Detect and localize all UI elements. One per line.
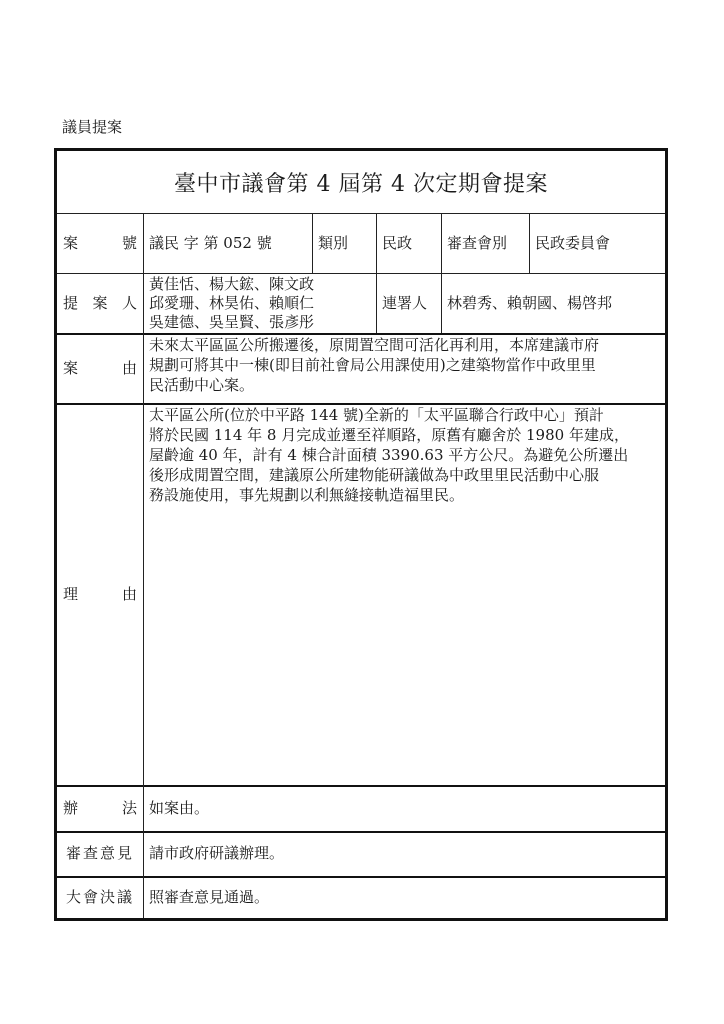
proposer-line: 黃佳恬、楊大鋐、陳文政 xyxy=(149,275,372,294)
resolution-value: 照審查意見通過。 xyxy=(143,876,665,918)
label-char: 人 xyxy=(122,294,137,313)
category-label: 類別 xyxy=(312,213,376,273)
proposal-form-table: 臺中市議會第 4 屆第 4 次定期會提案 案 號 議民 字 第 052 號 類別… xyxy=(54,148,668,921)
text-line: 將於民國 114 年 8 月完成並遷至祥順路，原舊有廳舍於 1980 年建成， xyxy=(149,425,661,445)
label-char: 由 xyxy=(122,585,137,604)
proposer-line: 邱愛珊、林昊佑、賴順仁 xyxy=(149,294,372,313)
summary-label: 案 由 xyxy=(57,333,143,403)
text-line: 屋齡逾 40 年，計有 4 棟合計面積 3390.63 平方公尺。為避免公所遷出 xyxy=(149,445,661,465)
form-title: 臺中市議會第 4 屆第 4 次定期會提案 xyxy=(57,151,665,214)
label-char: 由 xyxy=(122,359,137,378)
text-line: 後形成閒置空間，建議原公所建物能研議做為中政里里民活動中心服 xyxy=(149,465,661,485)
label-char: 理 xyxy=(63,585,78,604)
rationale-text: 太平區公所(位於中平路 144 號)全新的「太平區聯合行政中心」預計 將於民國 … xyxy=(143,403,665,785)
text-line: 未來太平區區公所搬遷後，原閒置空間可活化再利用，本席建議市府 xyxy=(149,335,661,355)
label-char: 辦 xyxy=(63,799,78,818)
summary-text: 未來太平區區公所搬遷後，原閒置空間可活化再利用，本席建議市府 規劃可將其中一棟(… xyxy=(143,333,665,403)
case-number-label: 案 號 xyxy=(57,213,143,273)
category-value: 民政 xyxy=(376,213,441,273)
label-char: 案 xyxy=(63,234,78,253)
review-value: 請市政府研議辦理。 xyxy=(143,831,665,876)
text-line: 民活動中心案。 xyxy=(149,375,661,395)
document-label: 議員提案 xyxy=(62,116,122,137)
text-line: 太平區公所(位於中平路 144 號)全新的「太平區聯合行政中心」預計 xyxy=(149,405,661,425)
method-value: 如案由。 xyxy=(143,785,665,831)
case-number-value: 議民 字 第 052 號 xyxy=(143,213,312,273)
rationale-label: 理 由 xyxy=(57,403,143,785)
label-char: 案 xyxy=(63,359,78,378)
cosigner-label: 連署人 xyxy=(376,273,441,333)
review-label: 審查意見 xyxy=(57,831,143,876)
resolution-label: 大會決議 xyxy=(57,876,143,918)
proposer-label: 提 案 人 xyxy=(57,273,143,333)
method-label: 辦 法 xyxy=(57,785,143,831)
label-char: 提 xyxy=(63,294,78,313)
label-char: 號 xyxy=(122,234,137,253)
text-line: 規劃可將其中一棟(即目前社會局公用課使用)之建築物當作中政里里 xyxy=(149,355,661,375)
proposer-line: 吳建德、吳呈賢、張彥彤 xyxy=(149,313,372,332)
label-char: 法 xyxy=(122,799,137,818)
committee-label: 審查會別 xyxy=(441,213,529,273)
committee-value: 民政委員會 xyxy=(529,213,665,273)
cosigner-value: 林碧秀、賴朝國、楊啓邦 xyxy=(441,273,665,333)
proposer-list: 黃佳恬、楊大鋐、陳文政 邱愛珊、林昊佑、賴順仁 吳建德、吳呈賢、張彥彤 xyxy=(143,273,376,333)
text-line: 務設施使用，事先規劃以利無縫接軌造福里民。 xyxy=(149,485,661,505)
label-char: 案 xyxy=(92,294,107,313)
